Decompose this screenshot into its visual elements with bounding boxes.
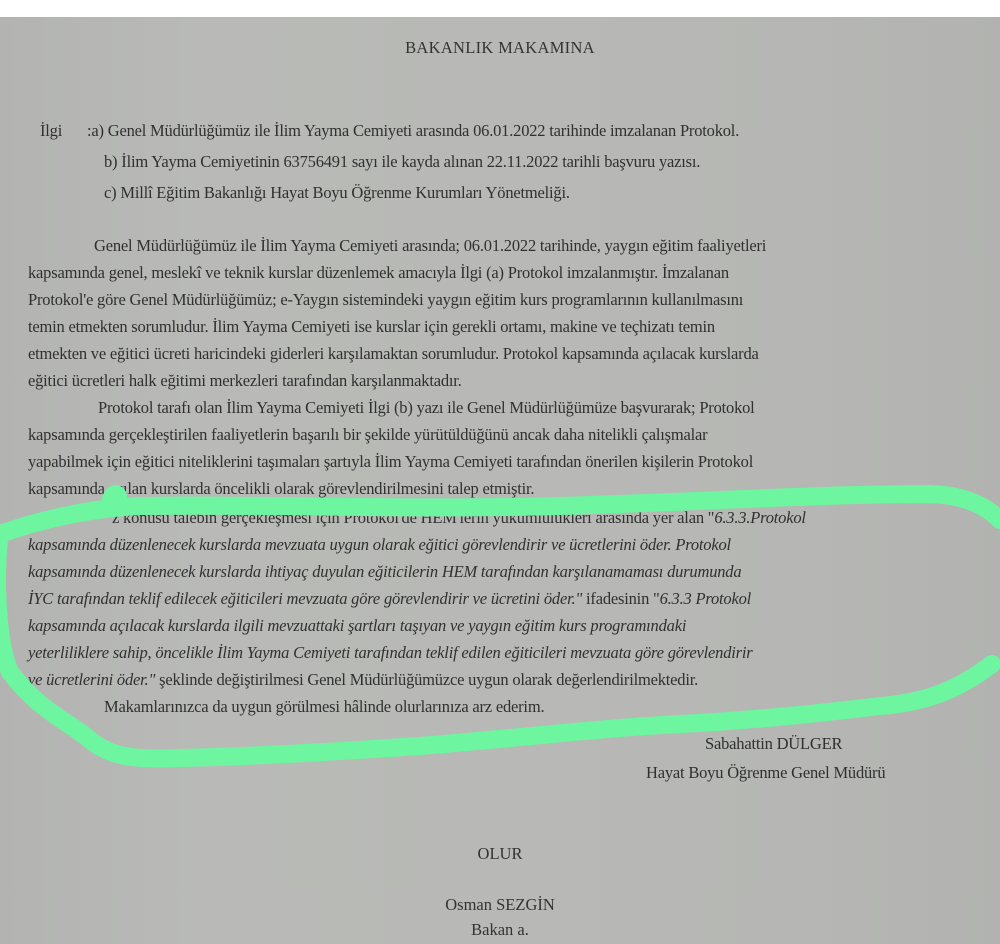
p1-line: Protokol'e göre Genel Müdürlüğümüz; e-Ya… bbox=[28, 290, 743, 310]
p1-line: eğitici ücretleri halk eğitimi merkezler… bbox=[28, 371, 462, 391]
p2-line: yapabilmek için eğitici niteliklerini ta… bbox=[28, 452, 753, 472]
reference-b: b) İlim Yayma Cemiyetinin 63756491 sayı … bbox=[104, 152, 700, 172]
p3-italic-text: ve ücretlerini öder." bbox=[28, 670, 155, 689]
p2-line: Protokol tarafı olan İlim Yayma Cemiyeti… bbox=[98, 398, 755, 418]
ilgi-label: İlgi bbox=[40, 121, 62, 141]
p3-line-1: z konusu talebin gerçekleşmesi için Prot… bbox=[112, 508, 806, 528]
p3-line-2: kapsamında düzenlenecek kurslarda mevzua… bbox=[28, 535, 731, 555]
p3-italic-text: 6.3.3 Protokol bbox=[660, 589, 751, 608]
p3-text: ifadesinin " bbox=[582, 589, 659, 608]
approver-title: Bakan a. bbox=[0, 920, 1000, 940]
p3-text: şeklinde değiştirilmesi Genel Müdürlüğüm… bbox=[155, 670, 698, 689]
document-title: BAKANLIK MAKAMINA bbox=[0, 38, 1000, 58]
p3-line-4: İYC tarafından teklif edilecek eğiticile… bbox=[28, 589, 751, 609]
p3-line-5: kapsamında açılacak kurslarda ilgili mev… bbox=[28, 616, 686, 636]
p2-line: kapsamında açılan kurslarda öncelikli ol… bbox=[28, 479, 534, 499]
p3-text: z konusu talebin gerçekleşmesi için Prot… bbox=[112, 508, 714, 527]
approval-label: OLUR bbox=[0, 844, 1000, 864]
top-margin bbox=[0, 0, 1000, 17]
signatory-title: Hayat Boyu Öğrenme Genel Müdürü bbox=[646, 763, 885, 783]
p1-line: etmekten ve eğitici ücreti haricindeki g… bbox=[28, 344, 759, 364]
approver-name: Osman SEZGİN bbox=[0, 895, 1000, 915]
p1-line: Genel Müdürlüğümüz ile İlim Yayma Cemiye… bbox=[94, 236, 974, 256]
reference-a: :a) Genel Müdürlüğümüz ile İlim Yayma Ce… bbox=[87, 121, 739, 141]
p3-italic-text: İYC tarafından teklif edilecek eğiticile… bbox=[28, 589, 582, 608]
p1-line: kapsamında genel, meslekî ve teknik kurs… bbox=[28, 263, 974, 283]
signatory-name: Sabahattin DÜLGER bbox=[705, 734, 842, 754]
p3-line-7: ve ücretlerini öder." şeklinde değiştiri… bbox=[28, 670, 698, 690]
closing-sentence: Makamlarınızca da uygun görülmesi hâlind… bbox=[104, 697, 544, 717]
p3-line-3: kapsamında düzenlenecek kurslarda ihtiya… bbox=[28, 562, 741, 582]
p3-italic-text: 6.3.3.Protokol bbox=[714, 508, 805, 527]
p1-line: temin etmekten sorumludur. İlim Yayma Ce… bbox=[28, 317, 715, 337]
reference-c: c) Millî Eğitim Bakanlığı Hayat Boyu Öğr… bbox=[104, 183, 570, 203]
p3-line-6: yeterliliklere sahip, öncelikle İlim Yay… bbox=[28, 643, 752, 663]
p2-line: kapsamında gerçekleştirilen faaliyetleri… bbox=[28, 425, 707, 445]
